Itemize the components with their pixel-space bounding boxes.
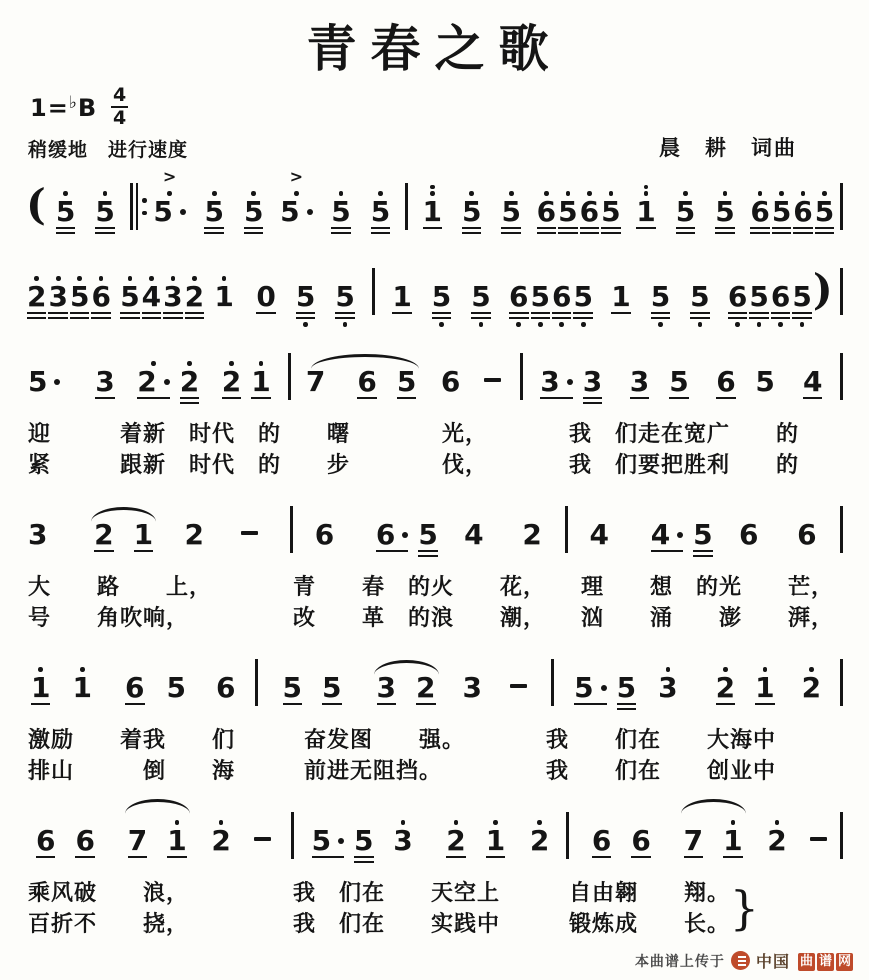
beam-line (693, 550, 712, 552)
note-3: 3 (90, 340, 119, 415)
note-digit-row: 5 (815, 197, 834, 226)
beam-lines (322, 702, 341, 711)
note-digit-row: 2 (522, 520, 541, 549)
note-digit: 6 (793, 197, 812, 226)
note-digit-row: 2 (767, 826, 786, 855)
note-digit-row: 5 (204, 197, 223, 226)
accent-slot (56, 170, 75, 183)
music-system-6: 6671255321266712乘风破 浪， 我 们在 天空上 自由翱 翔。百折… (26, 799, 843, 940)
beam-line (331, 232, 350, 234)
accent-slot (125, 646, 144, 659)
accent-slot (393, 799, 412, 812)
low-octave-dots (280, 235, 312, 245)
low-octave-dots (815, 235, 834, 245)
accent-slot (583, 340, 602, 353)
beam-lines (28, 549, 47, 558)
beam-line (27, 312, 46, 314)
note-1: 1 (745, 646, 784, 721)
note-1: 1 (26, 646, 55, 721)
composer-credit: 晨 耕 词曲 (659, 132, 797, 162)
low-octave-dots (792, 320, 811, 330)
note-digit-row: 1 (723, 826, 742, 855)
note-digit: 5 (690, 282, 709, 311)
accent-slot (392, 255, 411, 268)
note-6: 6 (347, 340, 386, 415)
beam-line (552, 317, 571, 319)
beam-line (418, 550, 437, 552)
accent-slot (251, 340, 270, 353)
beam-line (91, 317, 110, 319)
note-digit: 5 (815, 197, 834, 226)
beam-line (750, 227, 769, 229)
notation-row: 1165655323553212 (26, 646, 843, 721)
note-digit-row: 6 (552, 282, 571, 311)
note-digit-row: 6 (631, 826, 650, 855)
beam-lines (153, 226, 185, 235)
note-digit: 5 (354, 826, 373, 855)
beam-line (693, 555, 712, 557)
note-7: 7 (118, 799, 157, 874)
note-digit: 5 (558, 197, 577, 226)
accent-slot (354, 799, 373, 812)
note-5: 5 (119, 255, 140, 330)
note-digit: 5 (280, 197, 299, 226)
barline (840, 353, 843, 400)
note-digit-row: 5 (462, 197, 481, 226)
accent-slot (658, 646, 677, 659)
note-digit: 3 (630, 367, 649, 396)
octave-dot (538, 322, 543, 327)
note-digit-row: 2 (530, 826, 549, 855)
beam-lines (315, 549, 334, 558)
beam-lines (137, 396, 169, 405)
note-digit-row: 6 (441, 367, 460, 396)
accent-slot (216, 646, 235, 659)
accent-slot (592, 799, 611, 812)
note-digit: 7 (306, 367, 325, 396)
lyrics-line-verse-1: 迎 着新 时代 的 曙 光， 我 们走在宽广 的 (26, 419, 843, 450)
beam-lines (397, 396, 416, 405)
note-digit-row: 5 (617, 673, 636, 702)
note-digit: 5 (792, 282, 811, 311)
low-octave-dots (486, 864, 505, 874)
note-6: 6 (65, 799, 104, 874)
note-digit-row: 3 (540, 367, 572, 396)
meter-numerator: 4 (113, 87, 126, 104)
accent-slot (755, 340, 774, 353)
beam-lines (185, 311, 204, 320)
note-digit: 6 (728, 282, 747, 311)
accent-slot (471, 255, 490, 268)
accent-slot (211, 799, 230, 812)
low-octave-dots (540, 405, 572, 415)
note-digit-row: 2 (185, 282, 204, 311)
low-octave-dots (153, 235, 185, 245)
note-digit-row: 1 (214, 282, 233, 311)
octave-dot (658, 322, 663, 327)
beam-line (180, 397, 199, 399)
beam-lines (167, 855, 186, 864)
info-row: 稍缓地 进行速度 晨 耕 词曲 (26, 130, 843, 164)
note-digit-row: 2 (184, 520, 203, 549)
accent-slot (244, 170, 263, 183)
note-digit: 6 (441, 367, 460, 396)
note-digit-row: 3 (463, 673, 482, 702)
low-octave-dots (432, 320, 451, 330)
high-octave-dots (357, 353, 376, 367)
note-5: 5 (680, 255, 719, 330)
beam-line (792, 312, 811, 314)
low-octave-dots (335, 320, 354, 330)
beam-lines (70, 311, 89, 320)
note-2: 2 (406, 646, 445, 721)
beam-line (531, 317, 550, 319)
note-5: 5 (491, 170, 530, 245)
site-name-cn: 中国 (756, 949, 790, 972)
low-octave-dots (48, 320, 67, 330)
accent-slot (669, 340, 688, 353)
octave-dot (559, 322, 564, 327)
beam-line (56, 232, 75, 234)
octave-dot (516, 322, 521, 327)
beam-lines (537, 226, 556, 235)
accent-slot (749, 255, 768, 268)
beam-line (501, 227, 520, 229)
note-digit-row: 6 (75, 826, 94, 855)
beam-line (376, 550, 408, 552)
note-digit-row: 5 (471, 282, 490, 311)
note-digit: 1 (755, 673, 774, 702)
beam-lines (142, 311, 161, 320)
accent-slot (723, 799, 742, 812)
low-octave-dots (180, 405, 199, 415)
barline (520, 353, 523, 400)
note-digit: 2 (185, 282, 204, 311)
beam-line (222, 397, 241, 399)
low-octave-dots (651, 320, 670, 330)
beam-line (716, 397, 735, 399)
note-digit-row: 7 (684, 826, 703, 855)
flat-sign: ♭ (69, 93, 78, 113)
accent-slot (580, 170, 599, 183)
beam-lines (471, 311, 490, 320)
beam-lines (75, 855, 94, 864)
beam-lines (423, 226, 442, 235)
note-digit: 1 (167, 826, 186, 855)
beam-lines (462, 226, 481, 235)
beam-line (48, 312, 67, 314)
beam-line (690, 312, 709, 314)
dash-extension (241, 531, 258, 535)
note-digit-row: 6 (125, 673, 144, 702)
beam-lines (771, 311, 790, 320)
note-digit-row: 5 (331, 197, 350, 226)
beam-line (371, 227, 390, 229)
low-octave-dots (772, 235, 791, 245)
octave-dot (698, 322, 703, 327)
low-octave-dots (676, 235, 695, 245)
low-octave-dots (739, 558, 758, 568)
note-digit: 1 (486, 826, 505, 855)
note-digit-row: 1 (636, 197, 655, 226)
note-digit: 5 (531, 282, 550, 311)
low-octave-dots (803, 405, 822, 415)
note-digit-row: 6 (716, 367, 735, 396)
note-digit-row: 3 (95, 367, 114, 396)
note-5: 5 (572, 255, 593, 330)
accent-slot (574, 646, 606, 659)
note-digit: 5 (772, 197, 791, 226)
note-digit-row: 5 (651, 282, 670, 311)
note-6: 6 (371, 493, 413, 568)
note-digit: 6 (552, 282, 571, 311)
beam-lines (592, 855, 611, 864)
note-3: 3 (367, 646, 406, 721)
barline (372, 268, 375, 315)
accent-slot (91, 255, 110, 268)
low-octave-dots (357, 405, 376, 415)
high-octave-dots (397, 353, 416, 367)
accent-slot (651, 255, 670, 268)
accent-slot (95, 340, 114, 353)
barline (290, 506, 293, 553)
note-digit: 3 (393, 826, 412, 855)
beam-lines (684, 855, 703, 864)
slur: 765 (304, 340, 426, 415)
note-digit-row: 1 (423, 197, 442, 226)
accent-slot (531, 255, 550, 268)
beam-lines (509, 311, 528, 320)
accent-slot (167, 646, 186, 659)
close-parenthesis: ) (813, 267, 833, 313)
beam-line (651, 550, 683, 552)
note-digit-row: 3 (583, 367, 602, 396)
accent-slot (142, 255, 161, 268)
beam-line (509, 312, 528, 314)
beam-line (377, 703, 396, 705)
note-6: 6 (579, 170, 600, 245)
beam-line (462, 227, 481, 229)
note-digit-row: 6 (376, 520, 408, 549)
note-2: 2 (209, 799, 232, 874)
note-4: 4 (588, 493, 611, 568)
low-octave-dots (797, 558, 816, 568)
note-5: >5 (151, 170, 187, 245)
low-octave-dots (134, 558, 153, 568)
beam-lines (296, 311, 315, 320)
accent-slot (767, 799, 786, 812)
accent-slot (312, 799, 344, 812)
accent-slot (306, 340, 325, 353)
upload-note: 本曲谱上传于 (635, 951, 725, 971)
note-4: 4 (798, 340, 827, 415)
note-digit: 6 (716, 367, 735, 396)
beam-line (676, 227, 695, 229)
beam-line (125, 703, 144, 705)
beam-line (583, 402, 602, 404)
accent-slot (611, 255, 630, 268)
note-5: 5 (771, 170, 792, 245)
beam-line (331, 227, 350, 229)
note-digit: 5 (335, 282, 354, 311)
note-digit: 2 (27, 282, 46, 311)
beam-lines (580, 226, 599, 235)
beam-lines (56, 226, 75, 235)
lyrics-line-verse-1: 激励 着我 们 奋发图 强。 我 们在 大海中 (26, 725, 843, 756)
accent-slot (684, 799, 703, 812)
note-digit-row: 6 (315, 520, 334, 549)
note-digit-row: 1 (251, 367, 270, 396)
accent-slot (651, 493, 683, 506)
note-digit-row: 2 (27, 282, 46, 311)
note-digit-row: 6 (750, 197, 769, 226)
note-6: 6 (711, 340, 740, 415)
note-3: 3 (162, 255, 183, 330)
low-octave-dots (464, 558, 483, 568)
accent-slot (163, 255, 182, 268)
note-6: 6 (120, 646, 149, 721)
note-digit-row: 2 (211, 826, 230, 855)
note-5: >5 (278, 170, 314, 245)
augmentation-dot (677, 532, 683, 538)
beam-line (244, 232, 263, 234)
note-digit: 5 (462, 197, 481, 226)
note-digit: 6 (537, 197, 556, 226)
octave-dot (479, 322, 484, 327)
note-digit: 3 (658, 673, 677, 702)
notation-row: (55>555>55515565651556565 (26, 170, 843, 245)
beam-line (392, 312, 411, 314)
accent-slot (797, 493, 816, 506)
note-5: 5 (461, 255, 500, 330)
accent-slot (222, 340, 241, 353)
beam-line (651, 312, 670, 314)
accent-slot (617, 646, 636, 659)
beam-line (601, 232, 620, 234)
note-digit: 4 (464, 520, 483, 549)
accent-slot (73, 646, 92, 659)
note-digit: 7 (128, 826, 147, 855)
note-digit-row: 5 (501, 197, 520, 226)
low-octave-dots (558, 235, 577, 245)
note-digit-row: 6 (797, 520, 816, 549)
tempo-marking: 稍缓地 进行速度 (28, 135, 188, 162)
low-octave-dots (27, 320, 46, 330)
slur: 71 (118, 799, 197, 874)
beam-lines (163, 311, 182, 320)
note-digit-row: 5 (354, 826, 373, 855)
beam-lines (739, 549, 758, 558)
lyrics-line-verse-1: 乘风破 浪， 我 们在 天空上 自由翱 翔。 (26, 878, 843, 909)
low-octave-dots (522, 558, 541, 568)
note-1: 1 (157, 799, 196, 874)
beam-lines (531, 311, 550, 320)
note-digit: 5 (322, 673, 341, 702)
low-octave-dots (28, 558, 47, 568)
accent-slot (690, 255, 709, 268)
note-digit: 2 (416, 673, 435, 702)
beam-line (501, 232, 520, 234)
note-digit: 6 (75, 826, 94, 855)
accent-slot (185, 255, 204, 268)
beam-line (137, 397, 169, 399)
note-digit-row: 6 (739, 520, 758, 549)
low-octave-dots (631, 864, 650, 874)
augmentation-dot (307, 209, 313, 215)
beam-lines (27, 311, 46, 320)
note-digit: 6 (216, 673, 235, 702)
note-digit-row: 3 (393, 826, 412, 855)
lyrics-line-verse-2: 排山 倒 海 前进无阻挡。 我 们在 创业中 (26, 756, 843, 787)
beam-line (462, 232, 481, 234)
note-digit: 5 (153, 197, 172, 226)
note-digit: 6 (631, 826, 650, 855)
barline (840, 183, 843, 230)
note-5: 5 (321, 170, 360, 245)
note-2: 2 (26, 255, 47, 330)
note-digit-row: 2 (180, 367, 199, 396)
note-6: 6 (90, 255, 111, 330)
low-octave-dots (573, 320, 592, 330)
low-octave-dots (214, 320, 233, 330)
note-digit-row: 4 (590, 520, 609, 549)
note-digit: 2 (211, 826, 230, 855)
accent-slot (601, 170, 620, 183)
beam-lines (222, 396, 241, 405)
note-digit: 5 (70, 282, 89, 311)
verse-brace: } (730, 876, 759, 940)
barline (840, 506, 843, 553)
beam-lines (216, 702, 235, 711)
augmentation-dot (164, 379, 170, 385)
note-5: 5 (753, 340, 776, 415)
note-2: 2 (800, 646, 823, 721)
note-digit-row: 5 (715, 197, 734, 226)
note-5: 5 (612, 646, 641, 721)
low-octave-dots (36, 864, 55, 874)
barline (551, 659, 554, 706)
augmentation-dot (601, 685, 607, 691)
beam-line (580, 232, 599, 234)
accent-slot (530, 799, 549, 812)
note-digit: 7 (684, 826, 703, 855)
note-digit-row: 5 (397, 367, 416, 396)
low-octave-dots (95, 235, 114, 245)
low-octave-dots (393, 864, 412, 874)
low-octave-dots (509, 320, 528, 330)
beam-lines (658, 702, 677, 711)
beam-line (322, 703, 341, 705)
note-digit-row: 6 (728, 282, 747, 311)
beam-line (432, 312, 451, 314)
note-digit: 2 (802, 673, 821, 702)
note-digit: 5 (651, 282, 670, 311)
accent-slot (793, 170, 812, 183)
note-digit-row: 3 (377, 673, 396, 702)
notation-row: 53222176563335654 (26, 340, 843, 415)
accent-slot (36, 799, 55, 812)
beam-line (690, 317, 709, 319)
low-octave-dots (755, 405, 774, 415)
beam-lines (631, 855, 650, 864)
beam-line (180, 402, 199, 404)
lyrics-block: 大 路 上， 青 春 的火 花， 理 想 的光 芒，号 角吹响， 改 革 的浪 … (26, 572, 843, 634)
beam-line (723, 856, 742, 858)
lyrics-line-verse-2: 号 角吹响， 改 革 的浪 潮， 汹 涌 澎 湃， (26, 603, 843, 634)
accent-slot (94, 493, 113, 506)
accent-slot (214, 255, 233, 268)
note-5: 5 (349, 799, 378, 874)
